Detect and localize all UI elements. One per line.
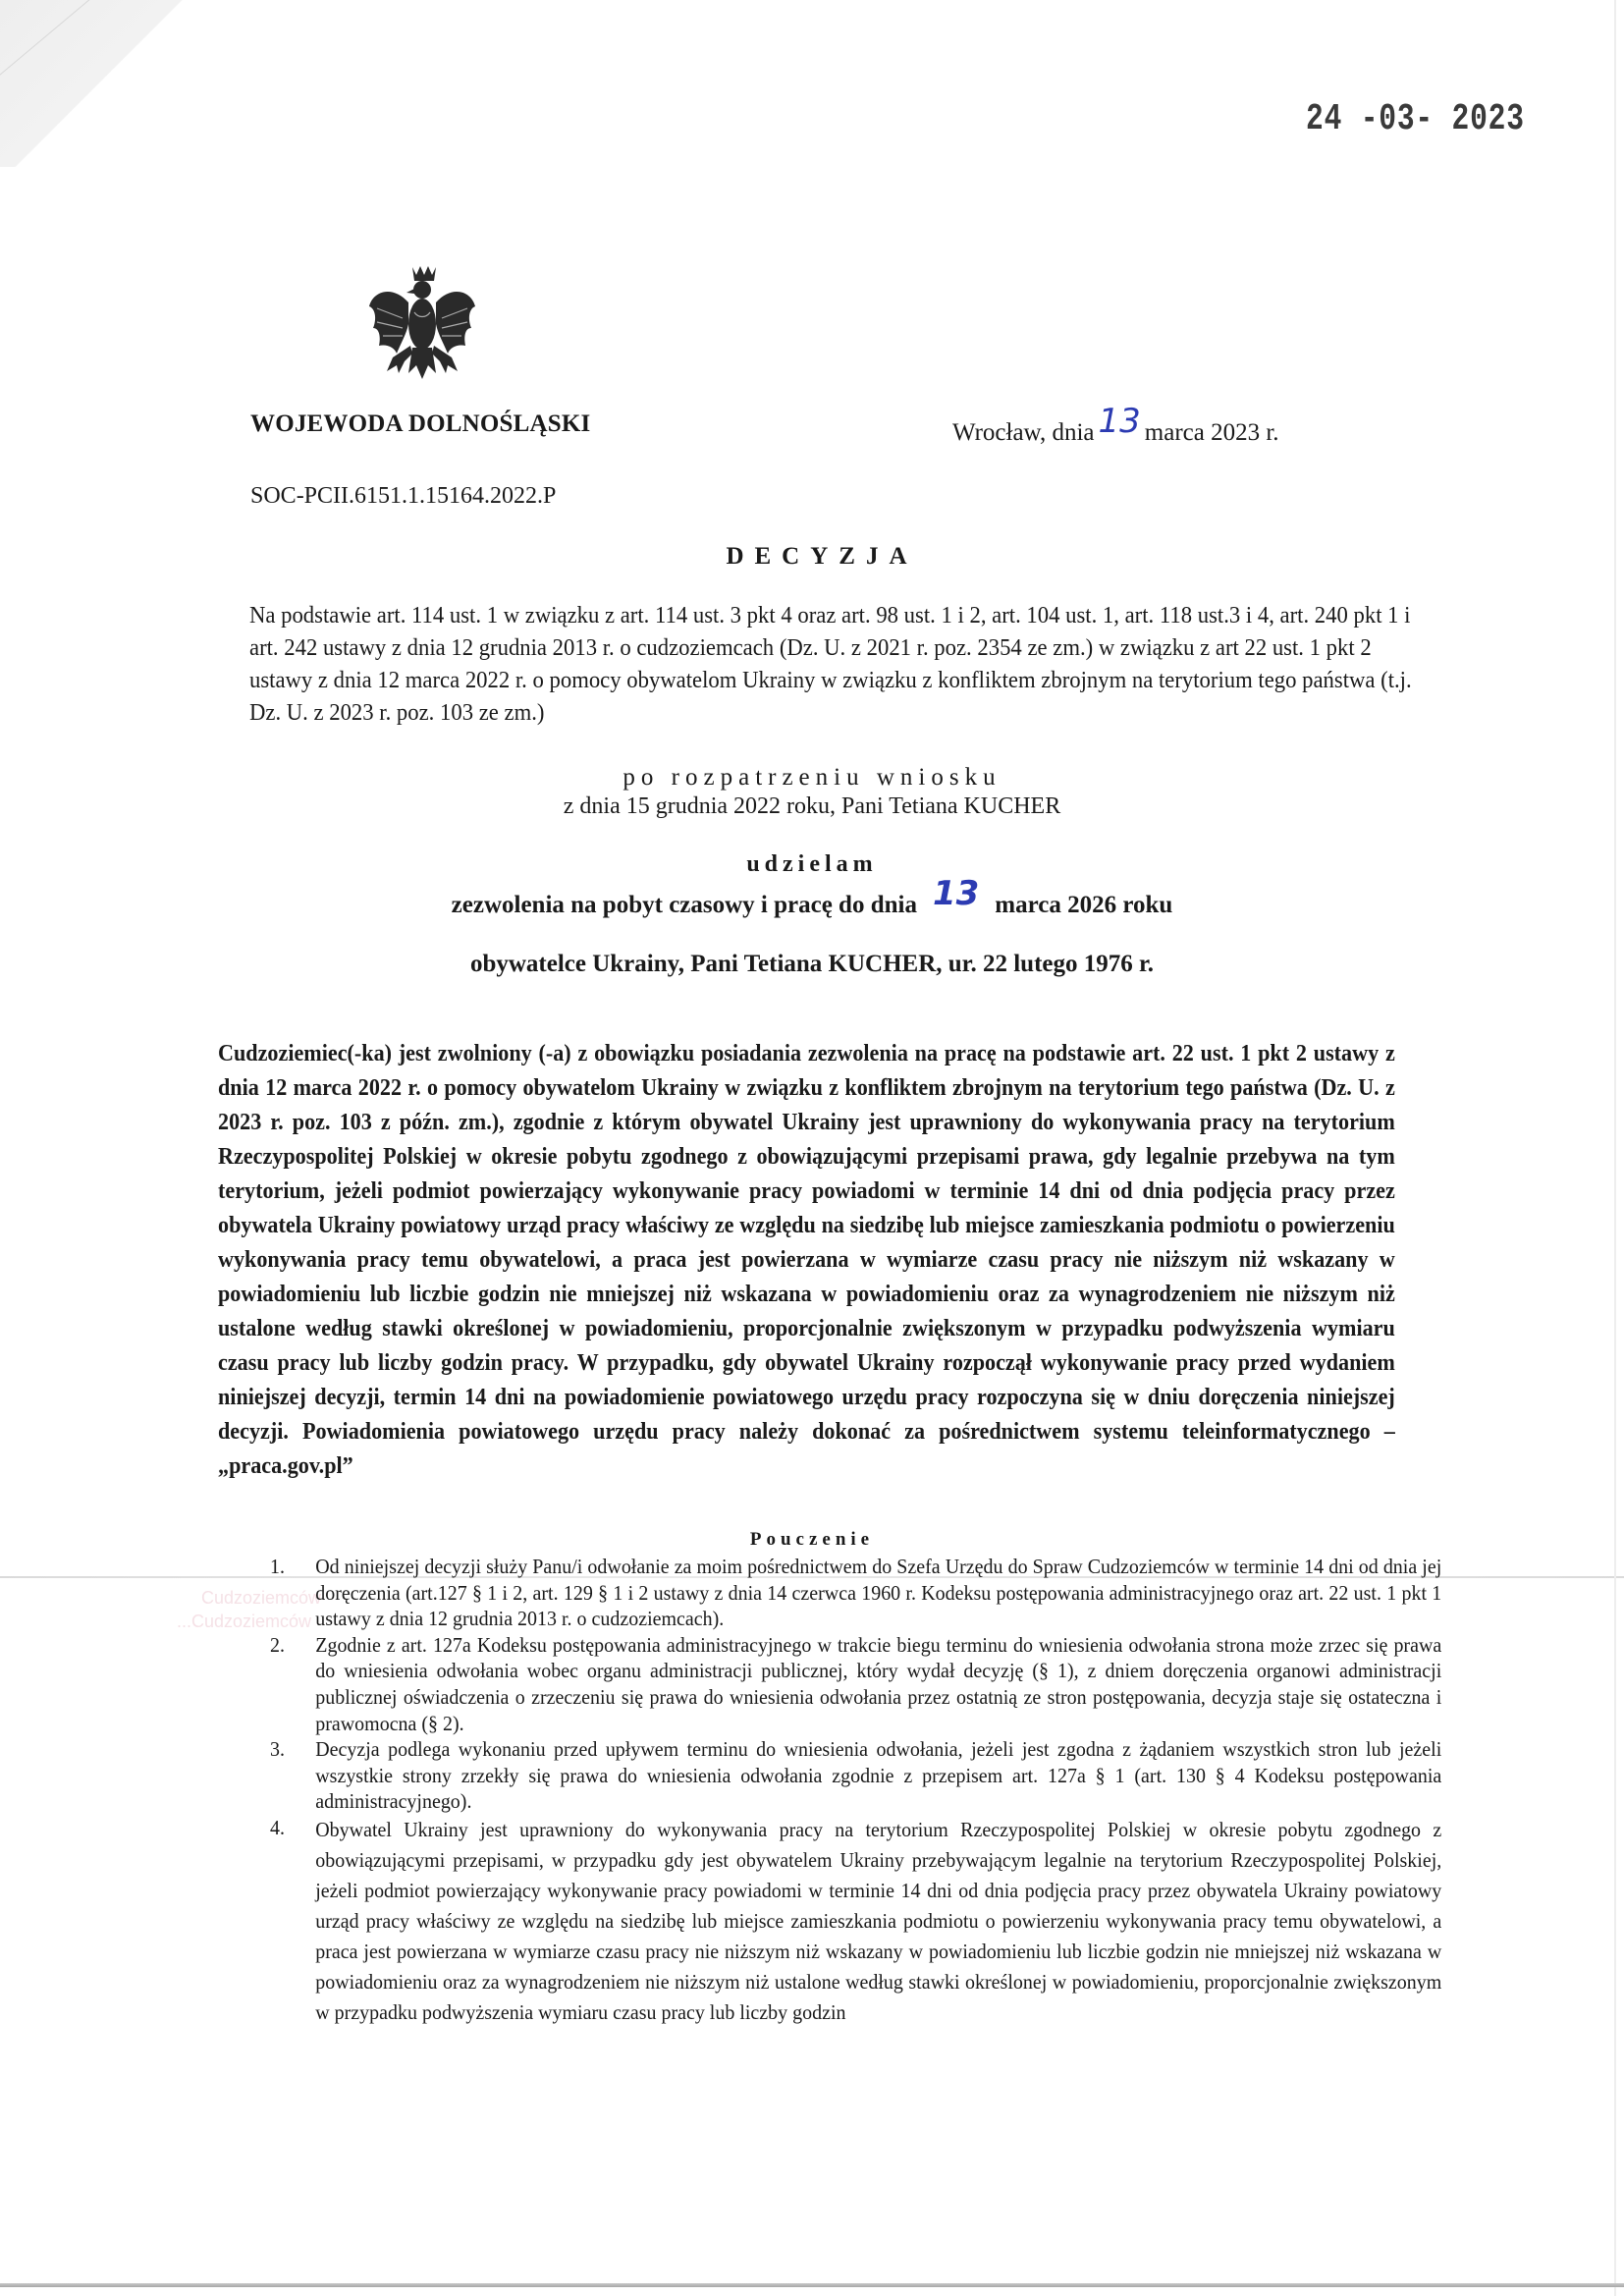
legal-basis-paragraph: Na podstawie art. 114 ust. 1 w związku z… bbox=[249, 599, 1418, 729]
instruction-text: Decyzja podlega wykonaniu przed upływem … bbox=[315, 1736, 1441, 1815]
handwritten-day: 13 bbox=[1099, 402, 1141, 441]
received-date: 24 -03- 2023 bbox=[1306, 98, 1525, 140]
place-and-date: Wrocław, dnia13marca 2023 r. bbox=[952, 410, 1279, 449]
application-date-line: z dnia 15 grudnia 2022 roku, Pani Tetian… bbox=[0, 793, 1624, 820]
folded-page-corner bbox=[0, 0, 196, 167]
case-reference-number: SOC-PCII.6151.1.15164.2022.P bbox=[250, 483, 556, 510]
instruction-text: Od niniejszej decyzji służy Panu/i odwoł… bbox=[315, 1554, 1441, 1632]
instruction-item: 4. Obywatel Ukrainy jest uprawniony do w… bbox=[270, 1815, 1441, 2028]
handwritten-expiry-day: 13 bbox=[933, 874, 979, 913]
polish-eagle-emblem-icon bbox=[363, 263, 481, 396]
document-title: DECYZJA bbox=[0, 543, 1624, 571]
instructions-list: 1. Od niniejszej decyzji służy Panu/i od… bbox=[270, 1554, 1441, 2028]
after-review-heading: po rozpatrzeniu wniosku bbox=[0, 764, 1624, 792]
issuing-authority: WOJEWODA DOLNOŚLĄSKI bbox=[250, 410, 590, 438]
place-date-suffix: marca 2023 r. bbox=[1145, 419, 1279, 446]
instruction-number: 4. bbox=[270, 1815, 315, 2028]
instruction-number: 1. bbox=[270, 1554, 315, 1632]
instruction-item: 1. Od niniejszej decyzji służy Panu/i od… bbox=[270, 1554, 1441, 1632]
page-edge-right bbox=[1614, 0, 1616, 2296]
instruction-number: 3. bbox=[270, 1736, 315, 1815]
grant-heading: udzielam bbox=[0, 851, 1624, 878]
grant-suffix: marca 2026 roku bbox=[995, 892, 1172, 918]
received-date-stamp: 24 -03- 2023 bbox=[1306, 98, 1525, 140]
grant-prefix: zezwolenia na pobyt czasowy i pracę do d… bbox=[452, 892, 917, 918]
instruction-text: Zgodnie z art. 127a Kodeksu postępowania… bbox=[315, 1632, 1441, 1736]
instruction-text: Obywatel Ukrainy jest uprawniony do wyko… bbox=[315, 1815, 1441, 2028]
place-date-prefix: Wrocław, dnia bbox=[952, 419, 1095, 446]
instruction-item: 2. Zgodnie z art. 127a Kodeksu postępowa… bbox=[270, 1632, 1441, 1736]
page-edge-bottom bbox=[0, 2283, 1624, 2287]
instructions-heading: Pouczenie bbox=[0, 1529, 1624, 1551]
instruction-item: 3. Decyzja podlega wykonaniu przed upływ… bbox=[270, 1736, 1441, 1815]
instruction-number: 2. bbox=[270, 1632, 315, 1736]
permit-grant-line: zezwolenia na pobyt czasowy i pracę do d… bbox=[0, 882, 1624, 921]
recipient-line: obywatelce Ukrainy, Pani Tetiana KUCHER,… bbox=[0, 951, 1624, 978]
work-permit-exemption-paragraph: Cudzoziemiec(-ka) jest zwolniony (-a) z … bbox=[218, 1036, 1395, 1483]
